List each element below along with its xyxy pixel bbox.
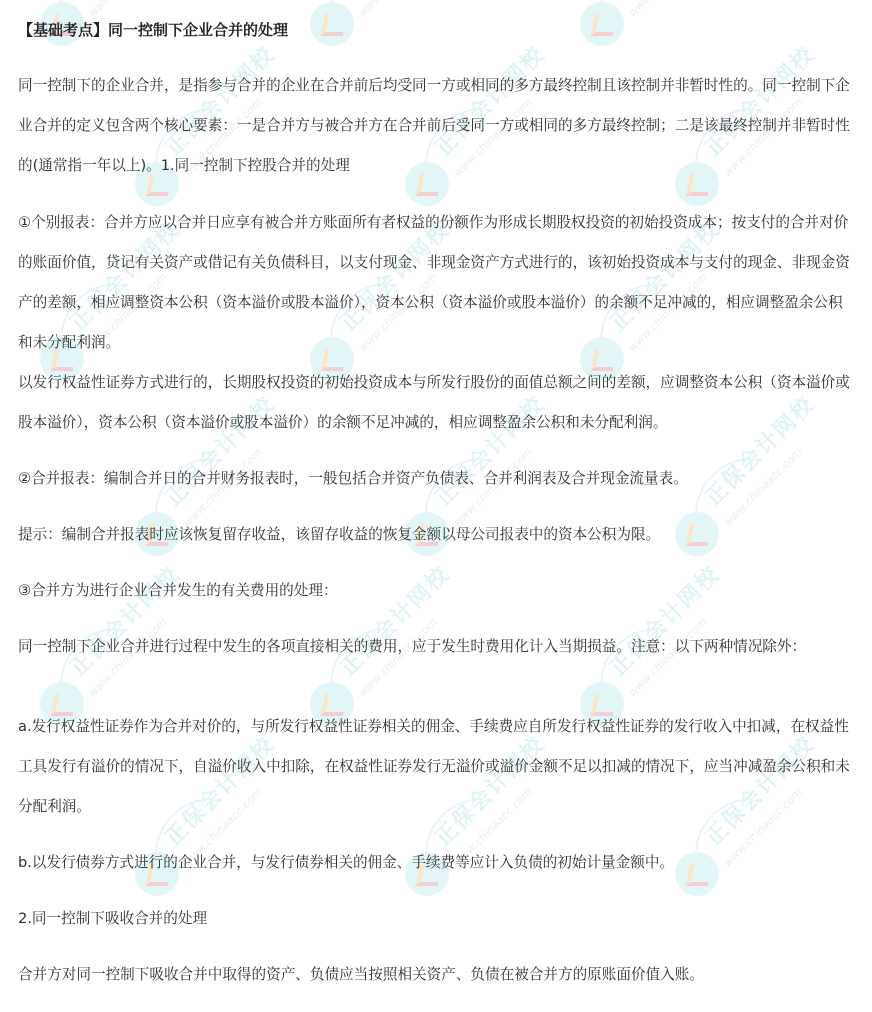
paragraph-absorption-heading: 2.同一控制下吸收合并的处理	[18, 899, 852, 939]
paragraph-expenses-body: 同一控制下企业合并进行过程中发生的各项直接相关的费用，应于发生时费用化计入当期损…	[18, 627, 852, 667]
paragraph-absorption-body: 合并方对同一控制下吸收合并中取得的资产、负债应当按照相关资产、负债在被合并方的原…	[18, 955, 852, 995]
watermark: 正保会计网校www.chinaacc.com	[310, 0, 460, 60]
paragraph-tip: 提示：编制合并报表时应该恢复留存收益，该留存收益的恢复金额以母公司报表中的资本公…	[18, 515, 852, 555]
paragraph-consolidated-statements: ②合并报表：编制合并日的合并财务报表时，一般包括合并资产负债表、合并利润表及合并…	[18, 459, 852, 499]
watermark-logo-icon	[310, 2, 354, 46]
paragraph-exception-b: b.以发行债券方式进行的企业合并，与发行债券相关的佣金、手续费等应计入负债的初始…	[18, 843, 852, 883]
paragraph-expenses-heading: ③合并方为进行企业合并发生的有关费用的处理：	[18, 571, 852, 611]
paragraph-equity-securities: 以发行权益性证券方式进行的，长期股权投资的初始投资成本与所发行股份的面值总额之间…	[18, 363, 852, 443]
article-title: 【基础考点】同一控制下企业合并的处理	[18, 18, 288, 42]
paragraph-exception-a: a.发行权益性证券作为合并对价的，与所发行权益性证券相关的佣金、手续费应自所发行…	[18, 707, 852, 827]
watermark-logo-icon	[580, 2, 624, 46]
watermark: 正保会计网校www.chinaacc.com	[580, 0, 730, 60]
paragraph-intro: 同一控制下的企业合并，是指参与合并的企业在合并前后均受同一方或相同的多方最终控制…	[18, 66, 852, 186]
paragraph-individual-statements: ①个别报表：合并方应以合并日应享有被合并方账面所有者权益的份额作为形成长期股权投…	[18, 203, 852, 363]
